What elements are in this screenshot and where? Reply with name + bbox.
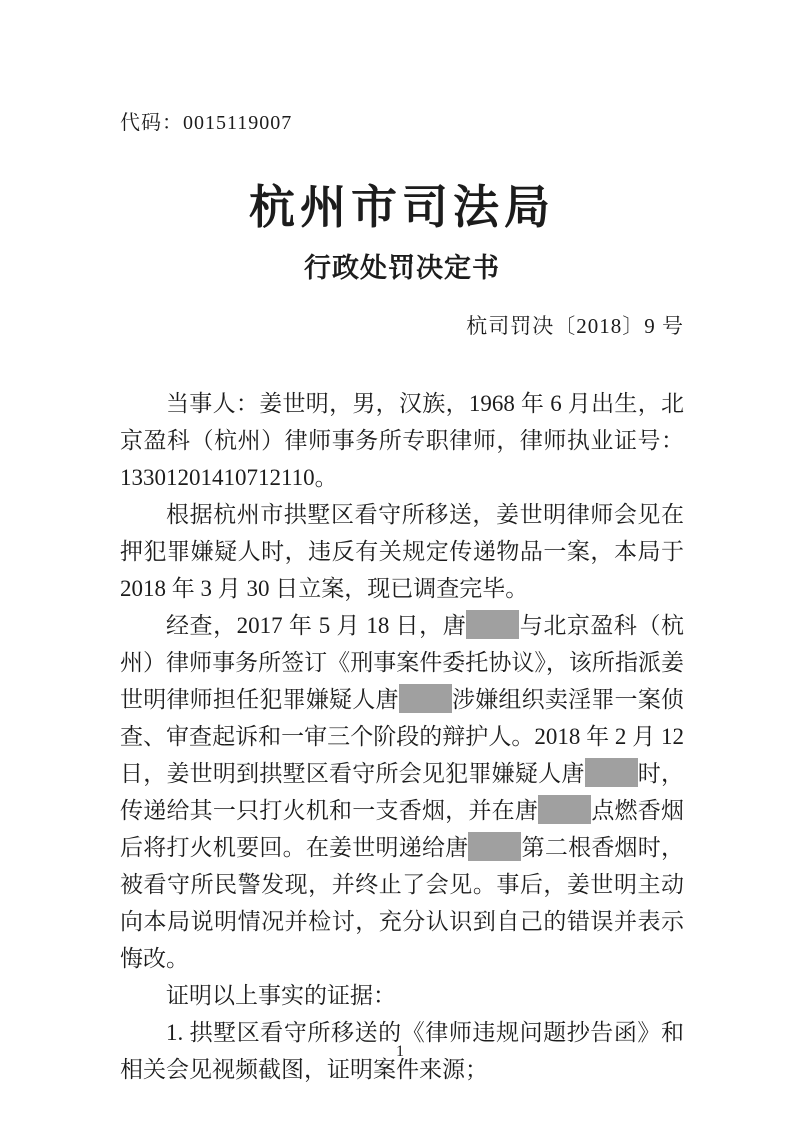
page-title: 杭州市司法局 <box>120 180 684 236</box>
paragraph: 经查，2017 年 5 月 18 日，唐与北京盈科（杭州）律师事务所签订《刑事案… <box>120 607 684 977</box>
page-number: 1 <box>0 1042 800 1062</box>
document-code: 代码：0015119007 <box>120 110 684 136</box>
paragraph-text: 经查，2017 年 5 月 18 日，唐 <box>166 613 466 638</box>
document-subtitle: 行政处罚决定书 <box>120 252 684 285</box>
paragraph: 证明以上事实的证据： <box>120 977 684 1014</box>
redaction-box <box>466 610 519 639</box>
document-number: 杭司罚决〔2018〕9 号 <box>120 313 684 339</box>
document-page: 代码：0015119007 杭州市司法局 行政处罚决定书 杭司罚决〔2018〕9… <box>0 0 800 1132</box>
redaction-box <box>468 832 521 861</box>
paragraph: 根据杭州市拱墅区看守所移送，姜世明律师会见在押犯罪嫌疑人时，违反有关规定传递物品… <box>120 496 684 607</box>
redaction-box <box>585 758 638 787</box>
paragraph: 当事人：姜世明，男，汉族，1968 年 6 月出生，北京盈科（杭州）律师事务所专… <box>120 385 684 496</box>
paragraph-text: 根据杭州市拱墅区看守所移送，姜世明律师会见在押犯罪嫌疑人时，违反有关规定传递物品… <box>120 502 684 601</box>
redaction-box <box>538 795 591 824</box>
document-body: 当事人：姜世明，男，汉族，1968 年 6 月出生，北京盈科（杭州）律师事务所专… <box>120 385 684 1088</box>
paragraph-text: 证明以上事实的证据： <box>166 983 396 1008</box>
paragraph-text: 当事人：姜世明，男，汉族，1968 年 6 月出生，北京盈科（杭州）律师事务所专… <box>120 391 684 490</box>
redaction-box <box>399 684 452 713</box>
